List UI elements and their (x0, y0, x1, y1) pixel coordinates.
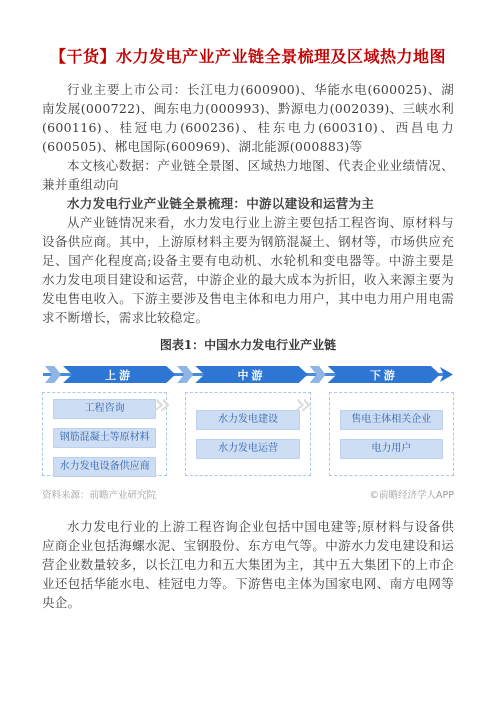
downstream-column: 售电主体相关企业 电力用户 (329, 392, 454, 476)
upstream-column: 工程咨询 钢筋混凝土等原材料 水力发电设备供应商 (42, 392, 167, 476)
chevron-watermark-icon: » (292, 390, 316, 420)
arrow-head-icon (440, 366, 453, 383)
paragraph-listed-companies: 行业主要上市公司：长江电力(600900)、华能水电(600025)、湖南发展(… (42, 80, 454, 156)
figure-title: 图表1：中国水力发电行业产业链 (42, 336, 454, 353)
chain-node-operation: 水力发电运营 (196, 439, 299, 459)
chevron-icon (45, 366, 61, 383)
chain-node-users: 电力用户 (340, 439, 443, 459)
chain-node-construction: 水力发电建设 (196, 410, 299, 430)
figure-source-row: 资料来源：前瞻产业研究院 ©前瞻经济学人APP (42, 487, 454, 501)
chevron-icon (177, 366, 193, 383)
midstream-column: 水力发电建设 水力发电运营 (185, 392, 310, 476)
article-page: 【干货】水力发电产业产业链全景梳理及区域热力地图 行业主要上市公司：长江电力(6… (0, 0, 496, 701)
stage-ribbon-downstream: 下游 (328, 366, 440, 383)
figure-source-left: 资料来源：前瞻产业研究院 (42, 487, 156, 501)
chain-columns: 工程咨询 钢筋混凝土等原材料 水力发电设备供应商 水力发电建设 水力发电运营 售… (42, 392, 454, 476)
stage-arrow-banner: 上游 中游 下游 (43, 366, 453, 383)
chevron-icon (310, 366, 326, 383)
paragraph-chain-overview: 从产业链情况来看，水力发电行业上游主要包括工程咨询、原材料与设备供应商。其中，上… (42, 213, 454, 327)
chevron-watermark-icon: » (151, 390, 175, 420)
paragraph-key-players: 水力发电行业的上游工程咨询企业包括中国电建等;原材料与设备供应商企业包括海螺水泥… (42, 517, 454, 612)
chain-node-materials: 钢筋混凝土等原材料 (53, 428, 156, 448)
chain-node-engineering: 工程咨询 (53, 399, 156, 419)
stage-ribbon-upstream: 上游 (63, 366, 175, 383)
section-subheading: 水力发电行业产业链全景梳理：中游以建设和运营为主 (42, 194, 454, 213)
chain-node-sellers: 售电主体相关企业 (340, 410, 443, 430)
paragraph-core-data: 本文核心数据：产业链全景图、区域热力地图、代表企业业绩情况、兼并重组动向 (42, 156, 454, 194)
industry-chain-figure: 图表1：中国水力发电行业产业链 上游 中游 下游 工程咨询 钢筋混凝土等原材料 … (42, 336, 454, 501)
article-title: 【干货】水力发电产业产业链全景梳理及区域热力地图 (42, 46, 454, 68)
figure-source-right: ©前瞻经济学人APP (370, 487, 454, 501)
stage-ribbon-midstream: 中游 (195, 366, 307, 383)
chain-node-equipment: 水力发电设备供应商 (53, 457, 156, 477)
